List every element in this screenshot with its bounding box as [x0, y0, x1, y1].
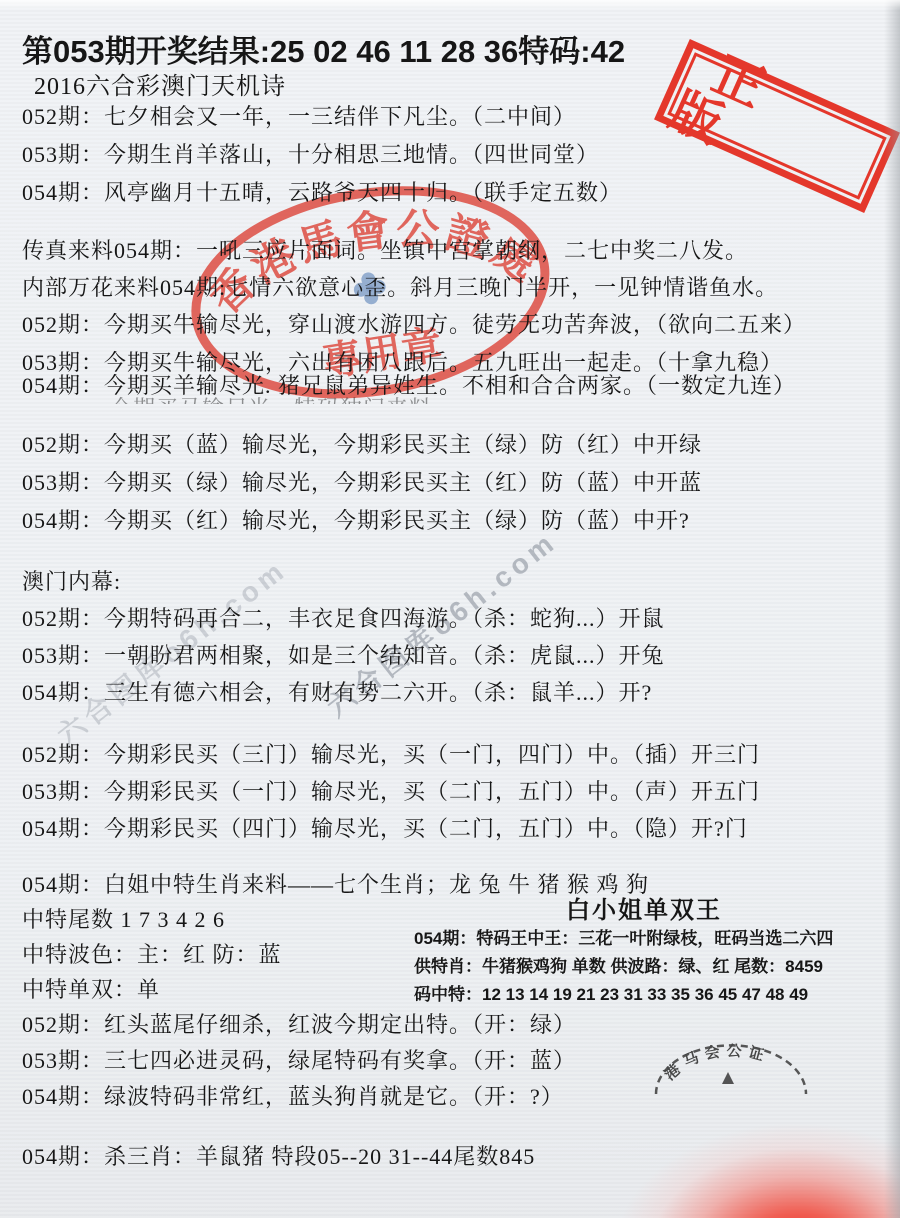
fax-line-neibu: 内部万花来料054期:七情六欲意心歪。斜月三晚门半开，一见钟情谐鱼水。 [22, 271, 778, 302]
wang-line-2: 供特肖：牛猪猴鸡狗 单数 供波路：绿、红 尾数：8459 [414, 952, 823, 977]
fax-line-chuanzhen: 传真来料054期：一吼三应片面词。坐镇中宫掌朝纲，二七中奖二八发。 [22, 234, 748, 265]
notary-arc-stamp: 港马会公证 [648, 1032, 813, 1104]
kill-three-line: 054期：杀三肖：羊鼠猪 特段05--20 31--44尾数845 [22, 1140, 535, 1171]
poem-line-054: 054期：风亭幽月十五晴，云路爷天四十归。（联手定五数） [22, 176, 622, 207]
wang-line-3: 码中特：12 13 14 19 21 23 31 33 35 36 45 47 … [414, 980, 808, 1005]
baijie-wave-line: 中特波色：主：红 防：蓝 [22, 938, 282, 969]
doors-line-053: 053期：今期彩民买（一门）输尽光，买（二门，五门）中。（声）开五门 [22, 775, 760, 806]
zhengban-text: 正版 [663, 39, 890, 213]
scanned-lottery-sheet: 香港馬會公證處 專用章 六合图库o6h.com 六合图库o6h.com 正版 第… [0, 0, 900, 1218]
clipped-partial-line: 今期买马输尽光，特码独门来料。 [110, 392, 455, 404]
sheet-subtitle: 2016六合彩澳门天机诗 [34, 66, 286, 101]
baijie-zodiac-line: 054期：白姐中特生肖来料——七个生肖；龙 兔 牛 猪 猴 鸡 狗 [22, 868, 649, 899]
macau-heading: 澳门内幕: [22, 565, 121, 596]
fax-line-052: 052期：今期买牛输尽光，穿山渡水游四方。徒劳无功苦奔波，（欲向二五来） [22, 308, 806, 339]
colorbuy-line-052: 052期：今期买（蓝）输尽光，今期彩民买主（绿）防（红）中开绿 [22, 428, 702, 459]
macau-line-052: 052期：今期特码再合二，丰衣足食四海游。（杀：蛇狗...）开鼠 [22, 602, 665, 633]
macau-line-054: 054期：三生有德六相会，有财有势二六开。（杀：鼠羊...）开? [22, 676, 652, 707]
notary-arc-text: 港马会公证 [661, 1042, 771, 1084]
wang-block-title: 白小姐单双王 [566, 890, 722, 925]
macau-line-053: 053期：一朝盼君两相聚，如是三个结知音。（杀：虎鼠...）开兔 [22, 639, 665, 670]
waves-line-052: 052期：红头蓝尾仔细杀，红波今期定出特。（开：绿） [22, 1008, 576, 1039]
page-edge-shadow [884, 0, 900, 1218]
page-edge-highlight [0, 0, 900, 10]
wang-line-1: 054期：特码王中王：三花一叶附绿枝，旺码当选二六四 [414, 924, 833, 949]
draw-result-title: 第053期开奖结果:25 02 46 11 28 36特码:42 [22, 26, 625, 71]
zhengban-inner-border: 正版 [667, 52, 887, 200]
poem-line-052: 052期：七夕相会又一年，一三结伴下凡尘。（二中间） [22, 100, 576, 131]
baijie-danshuang-line: 中特单双：单 [22, 973, 160, 1004]
notary-triangle-mark [722, 1072, 734, 1084]
baijie-tail-line: 中特尾数 1 7 3 4 2 6 [22, 903, 225, 934]
colorbuy-line-053: 053期：今期买（绿）输尽光，今期彩民买主（红）防（蓝）中开蓝 [22, 466, 702, 497]
doors-line-052: 052期：今期彩民买（三门）输尽光，买（一门，四门）中。（插）开三门 [22, 738, 760, 769]
waves-line-054: 054期：绿波特码非常红，蓝头狗肖就是它。（开：?） [22, 1080, 564, 1111]
waves-line-053: 053期：三七四必进灵码，绿尾特码有奖拿。（开：蓝） [22, 1044, 576, 1075]
zhengban-stamp: 正版 [654, 39, 900, 213]
doors-line-054: 054期：今期彩民买（四门）输尽光，买（二门，五门）中。（隐）开?门 [22, 812, 748, 843]
poem-line-053: 053期：今期生肖羊落山，十分相思三地情。（四世同堂） [22, 138, 599, 169]
colorbuy-line-054: 054期：今期买（红）输尽光，今期彩民买主（绿）防（蓝）中开? [22, 504, 690, 535]
